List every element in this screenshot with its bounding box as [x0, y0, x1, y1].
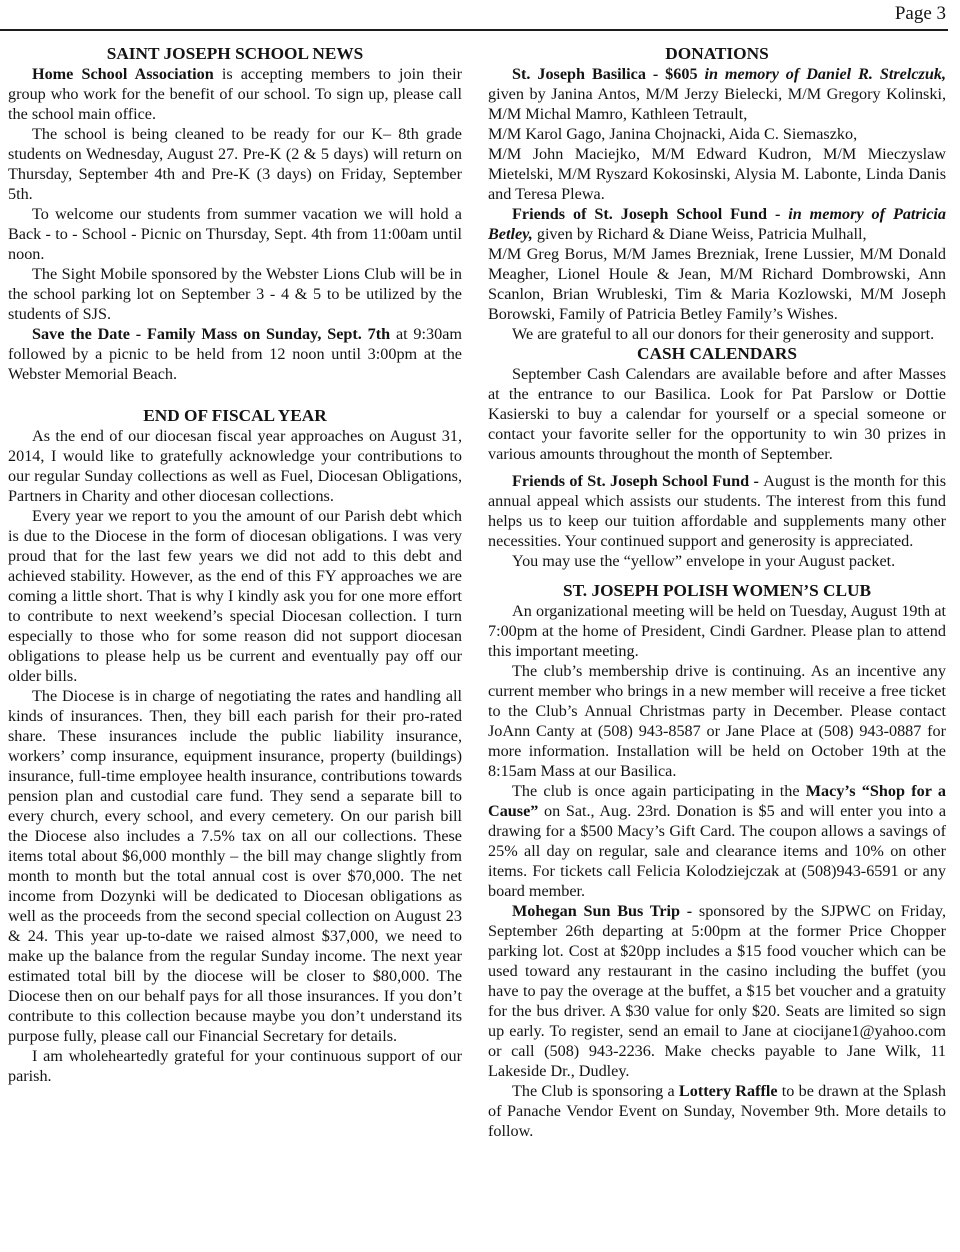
- text-run: sponsored by the SJPWC on Friday, Septem…: [488, 902, 946, 1080]
- text-run: You may use the “yellow” envelope in you…: [512, 552, 895, 570]
- paragraph: The Sight Mobile sponsored by the Webste…: [8, 264, 462, 324]
- section-heading: DONATIONS: [488, 44, 946, 64]
- bold-text: Friends of St. Joseph School Fund -: [512, 472, 763, 490]
- text-run: The club is once again participating in …: [512, 782, 806, 800]
- bold-text: Mohegan Sun Bus Trip -: [512, 902, 699, 920]
- section-heading: ST. JOSEPH POLISH WOMEN’S CLUB: [488, 581, 946, 601]
- page-number: Page 3: [895, 1, 946, 27]
- text-run: on Sat., Aug. 23rd. Donation is $5 and w…: [488, 802, 946, 900]
- paragraph: Every year we report to you the amount o…: [8, 506, 462, 686]
- text-run: given by Richard & Diane Weiss, Patricia…: [533, 225, 867, 243]
- text-run: given by Janina Antos, M/M Jerzy Bieleck…: [488, 85, 946, 123]
- paragraph: September Cash Calendars are available b…: [488, 364, 946, 464]
- text-run: M/M Greg Borus, M/M James Brezniak, Iren…: [488, 245, 946, 323]
- header-rule: [0, 29, 948, 31]
- text-run: As the end of our diocesan fiscal year a…: [8, 427, 462, 505]
- bold-text: END OF FISCAL YEAR: [143, 406, 327, 425]
- text-run: The Diocese is in charge of negotiating …: [8, 687, 462, 1045]
- text-run: The Sight Mobile sponsored by the Webste…: [8, 265, 462, 323]
- bold-text: DONATIONS: [665, 44, 768, 63]
- paragraph: The club’s membership drive is continuin…: [488, 661, 946, 781]
- bold-text: Friends of St. Joseph School Fund -: [512, 205, 788, 223]
- left-column: SAINT JOSEPH SCHOOL NEWSHome School Asso…: [8, 44, 462, 1086]
- paragraph: The school is being cleaned to be ready …: [8, 124, 462, 204]
- paragraph: You may use the “yellow” envelope in you…: [488, 551, 946, 571]
- section-heading: END OF FISCAL YEAR: [8, 406, 462, 426]
- bold-text: Home School Association: [32, 65, 214, 83]
- bold-text: St. Joseph Basilica - $605: [512, 65, 705, 83]
- text-run: To welcome our students from summer vaca…: [8, 205, 462, 263]
- text-run: I am wholeheartedly grateful for your co…: [8, 1047, 462, 1085]
- text-run: M/M John Maciejko, M/M Edward Kudron, M/…: [488, 145, 946, 203]
- paragraph: Save the Date - Family Mass on Sunday, S…: [8, 324, 462, 384]
- text-run: We are grateful to all our donors for th…: [512, 325, 934, 343]
- paragraph: The club is once again participating in …: [488, 781, 946, 901]
- section-heading: SAINT JOSEPH SCHOOL NEWS: [8, 44, 462, 64]
- bold-text: ST. JOSEPH POLISH WOMEN’S CLUB: [563, 581, 871, 600]
- paragraph: Mohegan Sun Bus Trip - sponsored by the …: [488, 901, 946, 1081]
- paragraph: As the end of our diocesan fiscal year a…: [8, 426, 462, 506]
- bulletin-page: Page 3 SAINT JOSEPH SCHOOL NEWSHome Scho…: [0, 0, 960, 1252]
- text-run: Every year we report to you the amount o…: [8, 507, 462, 685]
- right-column: DONATIONSSt. Joseph Basilica - $605 in m…: [488, 44, 946, 1141]
- bold-text: Save the Date - Family Mass on Sunday, S…: [32, 325, 390, 343]
- text-run: September Cash Calendars are available b…: [488, 365, 946, 463]
- section-heading: CASH CALENDARS: [488, 344, 946, 364]
- paragraph: St. Joseph Basilica - $605 in memory of …: [488, 64, 946, 204]
- text-run: The Club is sponsoring a: [512, 1082, 679, 1100]
- paragraph: The Club is sponsoring a Lottery Raffle …: [488, 1081, 946, 1141]
- text-run: M/M Karol Gago, Janina Chojnacki, Aida C…: [488, 125, 857, 143]
- paragraph: We are grateful to all our donors for th…: [488, 324, 946, 344]
- bold-italic-text: in memory of Daniel R. Strelczuk,: [705, 65, 947, 83]
- text-run: The school is being cleaned to be ready …: [8, 125, 462, 203]
- bold-text: SAINT JOSEPH SCHOOL NEWS: [107, 44, 364, 63]
- paragraph: An organizational meeting will be held o…: [488, 601, 946, 661]
- paragraph: I am wholeheartedly grateful for your co…: [8, 1046, 462, 1086]
- text-run: The club’s membership drive is continuin…: [488, 662, 946, 780]
- paragraph: To welcome our students from summer vaca…: [8, 204, 462, 264]
- paragraph: The Diocese is in charge of negotiating …: [8, 686, 462, 1046]
- paragraph: Friends of St. Joseph School Fund - in m…: [488, 204, 946, 324]
- bold-text: Lottery Raffle: [679, 1082, 778, 1100]
- paragraph: Home School Association is accepting mem…: [8, 64, 462, 124]
- text-run: An organizational meeting will be held o…: [488, 602, 946, 660]
- bold-text: CASH CALENDARS: [637, 344, 797, 363]
- paragraph: Friends of St. Joseph School Fund - Augu…: [488, 471, 946, 551]
